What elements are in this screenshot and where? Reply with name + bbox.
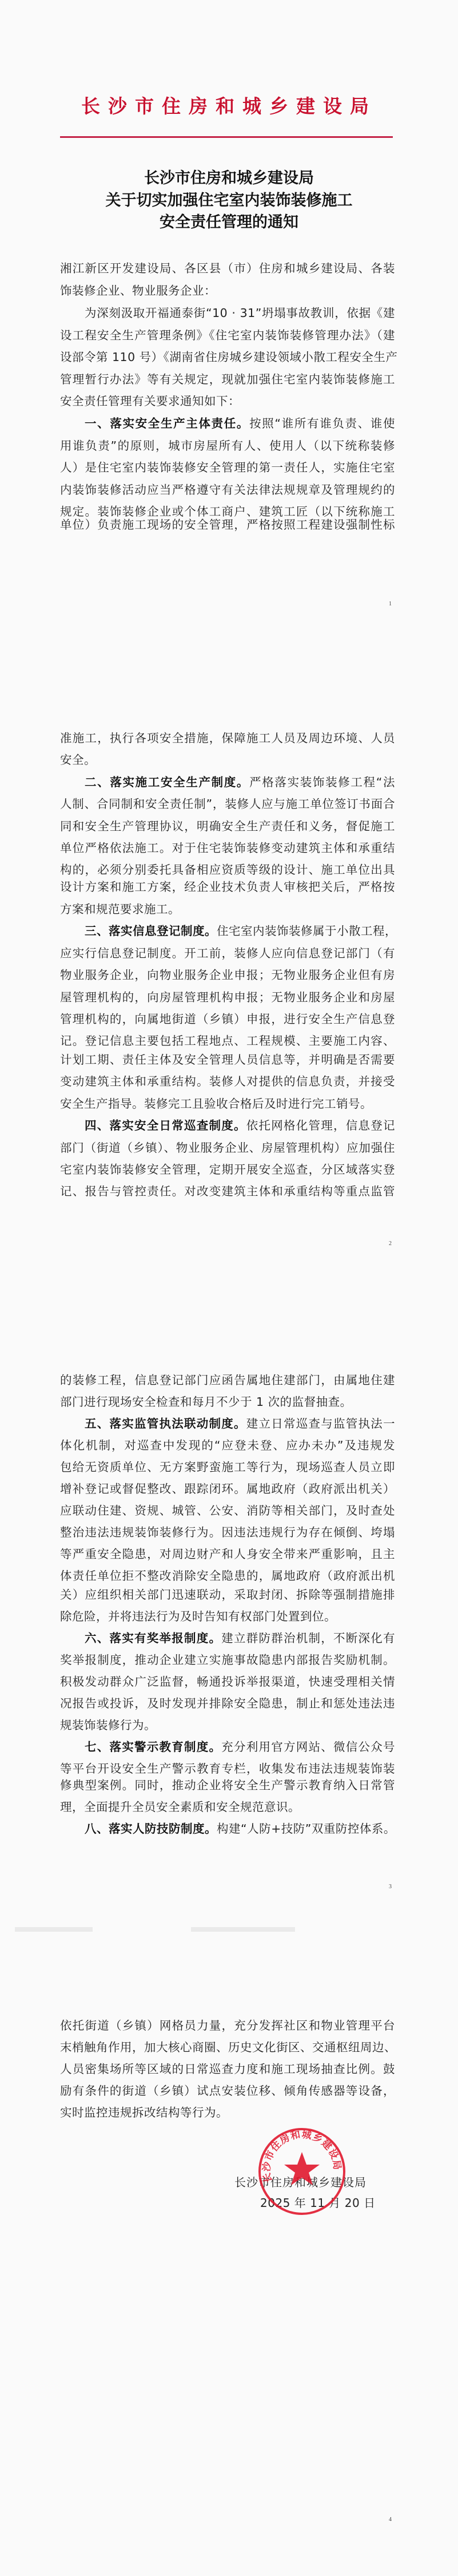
body-line: 应实行信息登记制度。开工前，装修人应向信息登记部门（有	[60, 946, 395, 960]
header-red-rule	[60, 136, 393, 138]
body-line: 记。登记信息主要包括工程地点、工程规模、主要施工内容、	[60, 1034, 395, 1048]
section-5-first-line: 五、落实监管执法联动制度。建立日常巡查与监管执法一	[85, 1417, 395, 1430]
body-line: 应联动住建、资规、城管、公安、消防等相关部门，及时查处	[60, 1504, 395, 1517]
body-line: 同和安全生产管理协议，明确安全生产责任和义务，督促施工	[60, 819, 395, 833]
body-line: 理，全面提升全员安全素质和安全规范意识。	[60, 1800, 395, 1814]
page-number: 2	[389, 1241, 392, 1247]
body-line: 方案和规范要求施工。	[60, 902, 395, 916]
body-line: 人制、合同制和安全责任制”，装修人应与施工单位签订书面合	[60, 797, 395, 811]
body-line: 宅室内装饰装修安全管理，定期开展安全巡查，分区域落实登	[60, 1163, 395, 1176]
scan-artifact	[15, 1927, 93, 1932]
body-line: 单位）负责施工现场的安全管理，严格按照工程建设强制性标	[60, 518, 395, 532]
section-heading-7: 七、落实警示教育制度。	[85, 1740, 221, 1754]
section-heading-2: 二、落实施工安全生产制度。	[85, 775, 249, 789]
body-line: 整治违法违规装饰装修行为。因违法违规行为存在倾倒、垮塌	[60, 1525, 395, 1539]
section-2-first-line: 二、落实施工安全生产制度。严格落实装饰装修工程“法	[85, 775, 395, 789]
body-line: 屋管理机构的，向房屋管理机构申报；无物业服务企业和房屋	[60, 990, 395, 1004]
body-line: 部门进行现场安全检查和每月不少于 1 次的监督抽查。	[60, 1395, 395, 1409]
body-line: 管理机构的，向属地街道（乡镇）申报，进行安全生产信息登	[60, 1012, 395, 1026]
star-icon	[284, 2152, 320, 2185]
org-header: 长沙市住房和城乡建设局	[0, 92, 458, 118]
addressee-line: 湘江新区开发建设局、各区县（市）住房和城乡建设局、各装	[60, 261, 395, 275]
section-heading-1: 一、落实安全生产主体责任。	[85, 417, 249, 430]
body-line: 增补登记或督促整改、跟踪闭环。属地政府（政府派出机关）	[60, 1482, 395, 1496]
body-line: 管理暂行办法》等有关规定，现就加强住宅室内装饰装修施工	[60, 372, 395, 386]
body-line: 变动建筑主体和承重结构。装修人对提供的信息负责，并接受	[60, 1075, 395, 1088]
body-line: 安全生产指导。装修完工且验收合格后及时进行完工销号。	[60, 1097, 395, 1111]
addressee-line: 饰装修企业、物业服务企业：	[60, 284, 395, 298]
notice-title-line-2: 关于切实加强住宅室内装饰装修施工	[0, 190, 458, 212]
body-line: 安全责任管理有关要求通知如下：	[60, 394, 395, 408]
body-line: 修典型案例。同时，推动企业将安全生产警示教育纳入日常管	[60, 1778, 395, 1792]
body-line: 记、报告与管控责任。对改变建筑主体和承重结构等重点监管	[60, 1184, 395, 1198]
body-line: 准施工，执行各项安全措施，保障施工人员及周边环境、人员	[60, 731, 395, 745]
body-line: 励有条件的街道（乡镇）试点安装位移、倾角传感器等设备，	[60, 2084, 395, 2098]
section-8-first-line: 八、落实人防技防制度。构建“人防+技防”双重防控体系。	[85, 1822, 395, 1836]
body-line: 人员密集场所等区域的日常巡查力度和施工现场抽查比例。鼓	[60, 2062, 395, 2076]
body-line: 实时监控违规拆改结构等行为。	[60, 2106, 395, 2119]
scan-artifact	[191, 1927, 295, 1932]
notice-title-line-1: 长沙市住房和城乡建设局	[0, 168, 458, 189]
section-3-first-line: 三、落实信息登记制度。住宅室内装饰装修属于小散工程，	[85, 924, 395, 938]
body-line: 构的，必须分别委托具备相应资质等级的设计、施工单位出具	[60, 863, 395, 877]
page-number: 1	[389, 601, 392, 607]
body-line: 除危险，并将违法行为及时告知有权部门处置到位。	[60, 1610, 395, 1623]
body-line: 规装饰装修行为。	[60, 1718, 395, 1732]
body-line: 奖举报制度，推动企业建立实施事故隐患内部报告奖励机制。	[60, 1653, 395, 1667]
body-line: 内装饰装修活动应当严格遵守有关法律法规规章及管理规约的	[60, 483, 395, 497]
body-line: 设计方案和施工方案，经企业技术负责人审核把关后，严格按	[60, 880, 395, 894]
section-6-first-line: 六、落实有奖举报制度。建立群防群治机制，不断深化有	[85, 1631, 395, 1645]
body-line: 体化机制，对巡查中发现的“应登未登、应办未办”及违规发	[60, 1438, 395, 1452]
section-7-first-line: 七、落实警示教育制度。充分利用官方网站、微信公众号	[85, 1740, 395, 1754]
body-line: 体责任单位拒不整改消除安全隐患的，属地政府（政府派出机	[60, 1569, 395, 1583]
section-heading-8: 八、落实人防技防制度。	[85, 1822, 217, 1836]
body-line: 等严重安全隐患，对周边财产和人身安全带来严重影响，且主	[60, 1547, 395, 1561]
body-line: 依托街道（乡镇）网格员力量，充分发挥社区和物业管理平台	[60, 2019, 395, 2032]
body-line: 设部令第 110 号）《湖南省住房城乡建设领域小散工程安全生产	[60, 350, 395, 364]
body-line: 安全。	[60, 753, 395, 767]
body-line: 单位严格依法施工。对于住宅装饰装修变动建筑主体和承重结	[60, 841, 395, 855]
body-line: 人）是住宅室内装饰装修安全管理的第一责任人，实施住宅室	[60, 461, 395, 474]
official-seal-icon: 长沙市住房和城乡建设局	[257, 2127, 347, 2216]
section-heading-5: 五、落实监管执法联动制度。	[85, 1417, 246, 1430]
body-line: 部门（街道（乡镇）、物业服务企业、房屋管理机构）应加强住	[60, 1141, 395, 1155]
body-line: 等平台开设安全生产警示教育专栏，收集发布违法违规装饰装	[60, 1762, 395, 1776]
body-line: 的装修工程，信息登记部门应函告属地住建部门，由属地住建	[60, 1373, 395, 1387]
body-line: 况报告或投诉，及时发现并排除安全隐患，制止和惩处违法违	[60, 1697, 395, 1710]
body-line: 设工程安全生产管理条例》《住宅室内装饰装修管理办法》（建	[60, 328, 395, 342]
page-number: 3	[389, 1884, 392, 1890]
notice-title-line-3: 安全责任管理的通知	[0, 212, 458, 233]
section-heading-6: 六、落实有奖举报制度。	[85, 1631, 221, 1645]
body-line: 为深刻汲取开福通泰街“10 · 31”坍塌事故教训，依据《建	[85, 306, 395, 320]
body-line: 计划工期、责任主体及安全管理人员信息等，并明确是否需要	[60, 1053, 395, 1067]
body-line: 包给无资质单位、无方案野蛮施工等行为，现场巡查人员立即	[60, 1460, 395, 1474]
section-heading-4: 四、落实安全日常巡查制度。	[85, 1119, 246, 1132]
section-1-first-line: 一、落实安全生产主体责任。按照“谁所有谁负责、谁使	[85, 417, 395, 430]
body-line: 用谁负责”的原则，城市房屋所有人、使用人（以下统称装修	[60, 439, 395, 453]
body-line: 关）应组织相关部门迅速联动，采取封闭、拆除等强制措施排	[60, 1588, 395, 1602]
section-heading-3: 三、落实信息登记制度。	[85, 924, 217, 938]
page-number: 4	[389, 2516, 392, 2523]
body-line: 物业服务企业，向物业服务企业申报；无物业服务企业但有房	[60, 968, 395, 982]
body-line: 末梢触角作用，加大核心商圈、历史文化街区、交通枢纽周边、	[60, 2040, 395, 2054]
body-line: 积极发动群众广泛监督，畅通投诉举报渠道，快速受理相关情	[60, 1675, 395, 1689]
body-line: 规定。装饰装修企业或个体工商户、建筑工匠（以下统称施工	[60, 505, 395, 518]
section-4-first-line: 四、落实安全日常巡查制度。依托网格化管理，信息登记	[85, 1119, 395, 1132]
